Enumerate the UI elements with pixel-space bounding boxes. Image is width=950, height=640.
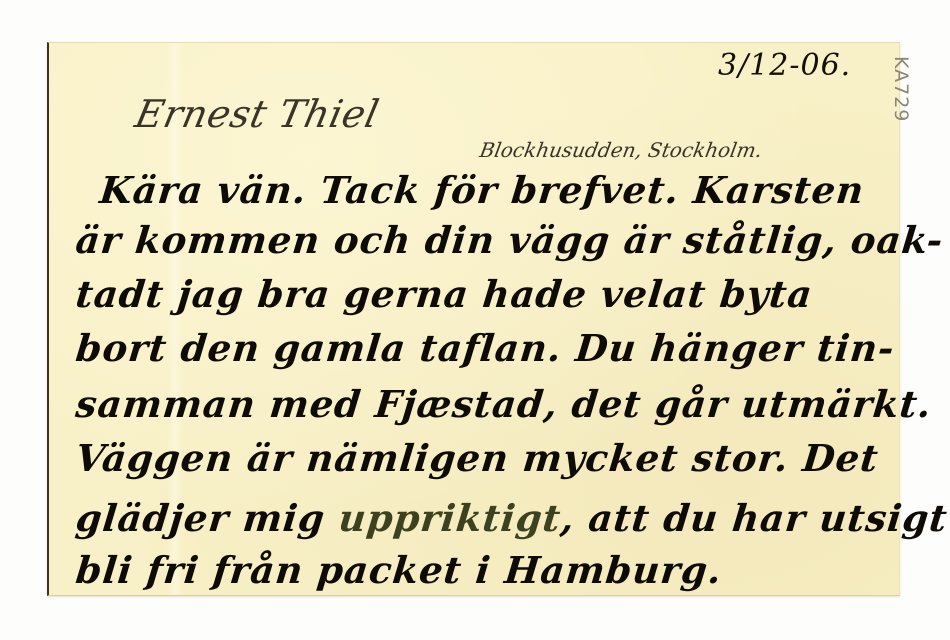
letter-line: tadt jag bra gerna hade velat byta bbox=[74, 272, 815, 316]
scan-background: 3/12-06. KA729 Ernest Thiel Blockhusudde… bbox=[0, 0, 950, 640]
letterhead-address: Blockhusudden, Stockholm. bbox=[478, 138, 764, 162]
letter-line: är kommen och din vägg är ståtlig, oak- bbox=[74, 218, 946, 262]
letter-line-text: glädjer mig bbox=[74, 496, 342, 540]
letter-line: Kära vän. Tack för brefvet. Karsten bbox=[98, 168, 867, 212]
letter-line: samman med Fjæstad, det går utmärkt. bbox=[74, 382, 934, 426]
letterhead-name: Ernest Thiel bbox=[131, 92, 383, 136]
handwritten-date: 3/12-06. bbox=[718, 48, 851, 83]
letter-line: Väggen är nämligen mycket stor. Det bbox=[74, 436, 881, 480]
letter-line: bort den gamla taflan. Du hänger tin- bbox=[74, 326, 897, 370]
archive-number-pencil: KA729 bbox=[880, 56, 910, 122]
green-ink-word: uppriktigt bbox=[337, 496, 564, 540]
letter-line: glädjer mig uppriktigt, att du har utsig… bbox=[74, 496, 950, 540]
letter-line: bli fri från packet i Hamburg. bbox=[74, 548, 725, 592]
letter-line-text: , att du har utsigt bbox=[559, 496, 950, 540]
